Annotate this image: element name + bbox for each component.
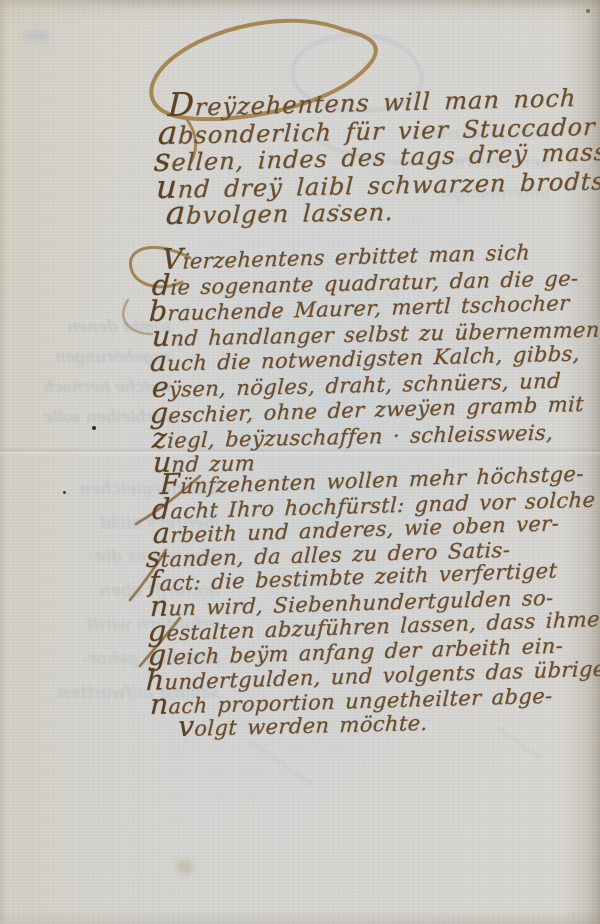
- bleedthrough-line: alss wie es die: [0, 540, 220, 574]
- manuscript-line: die sogenante quadratur, dan die ge-: [151, 259, 579, 302]
- paper-texture: [0, 0, 600, 924]
- paragraph-two-initial-flourish: [123, 247, 190, 334]
- bleedthrough-line: jederzeit gehor-: [0, 642, 220, 676]
- bleedthrough-line: notturfft eben: [0, 574, 220, 608]
- manuscript-line: arbeith und anderes, wie oben ver-: [152, 504, 559, 550]
- manuscript-line: geschier, ohne der zweÿen gramb mit: [149, 385, 585, 430]
- manuscript-line: Dreÿzehentens will man noch: [167, 76, 577, 124]
- paper-stain: [176, 860, 194, 874]
- manuscript-line: volgt werden möchte.: [177, 704, 428, 743]
- bleedthrough-flourish: [250, 35, 540, 784]
- bleedthrough-line: erfordern wirdt: [0, 608, 220, 642]
- manuscript-line: absonderlich für vier Stuccador ge-: [157, 104, 600, 152]
- paragraph-thirteen: Dreÿzehentens will man noch absonderlich…: [0, 0, 600, 924]
- manuscript-line: standen, da alles zu dero Satis-: [145, 531, 511, 574]
- manuscript-line: Vierzehentens erbittet man sich: [161, 233, 531, 276]
- faint-smudge: [24, 30, 50, 42]
- bleedthrough-line: sambt denen: [0, 312, 172, 342]
- manuscript-line: sellen, indes des tags dreÿ mass pier,: [153, 128, 600, 179]
- bleedthrough-line: herrn herrn: [300, 148, 550, 178]
- bleedthrough-line: zugehörungen: [0, 342, 172, 372]
- manuscript-line: hundertgulden, und volgents das übrige: [145, 650, 600, 698]
- initial-letter-flourish: [151, 21, 376, 162]
- ink-speck: [92, 426, 96, 430]
- manuscript-line: ziegl, beÿzuschaffen · schleissweis,: [151, 414, 554, 455]
- manuscript-line: und dreÿ laibl schwarzen brodts: [155, 159, 600, 206]
- bleedthrough-line: dem gnädigsten: [300, 118, 550, 148]
- manuscript-line: Fünfzehenten wollen mehr höchstge-: [159, 455, 584, 501]
- manuscript-line: nach proportion ungetheilter abge-: [149, 677, 553, 721]
- ink-speck: [586, 9, 590, 13]
- fold-crease: [0, 448, 600, 455]
- bleedthrough-line: sambst aufwartten: [0, 676, 220, 710]
- manuscript-page-scan: sambt denen zugehörungen welche hernach …: [0, 0, 600, 924]
- bleedthrough-line: verbleiben solle: [0, 402, 172, 432]
- paragraph-fourteen: Vierzehentens erbittet man sich die soge…: [0, 0, 600, 924]
- bleedthrough-line: mehrers nicht: [0, 506, 220, 540]
- manuscript-line: abvolgen lassen.: [165, 190, 395, 232]
- manuscript-line: auch die notwendigsten Kalch, gibbs,: [149, 334, 580, 378]
- descender-strokes: [130, 476, 200, 666]
- bleedthrough-line: unterthänigst: [300, 178, 550, 208]
- paper-tone: [0, 0, 600, 924]
- manuscript-line: und handlanger selbst zu übernemmen,: [151, 310, 600, 353]
- ink-speck: [338, 204, 341, 207]
- manuscript-line: fact: die bestimbte zeith verfertiget: [148, 551, 558, 598]
- calligraphy-flourishes: [0, 0, 600, 924]
- manuscript-line: brauchende Maurer, mertl tschocher: [148, 284, 570, 328]
- manuscript-line: nun wird, Siebenhundertgulden so-: [149, 579, 554, 623]
- manuscript-line: dacht Ihro hochfürstl: gnad vor solche: [151, 481, 596, 526]
- bleedthrough-line: welche hernach: [0, 372, 172, 402]
- bleedthrough-text-left: sambt denen zugehörungen welche hernach …: [0, 312, 172, 432]
- bleedthrough-line: und dergleichen: [0, 472, 220, 506]
- bleedthrough-text-top: dem gnädigsten herrn herrn unterthänigst: [300, 118, 550, 208]
- manuscript-line: eÿsen, nögles, draht, schnüers, und: [151, 362, 562, 404]
- ink-speck: [63, 491, 66, 494]
- paragraph-fifteen: Fünfzehenten wollen mehr höchstge- dacht…: [0, 0, 600, 924]
- manuscript-line: gestalten abzuführen lassen, dass ihme: [147, 600, 600, 648]
- manuscript-line: und zum: [152, 444, 256, 479]
- bleedthrough-text-lower-left: und dergleichen mehrers nicht alss wie e…: [0, 472, 220, 710]
- manuscript-line: gleich beÿm anfang der arbeith ein-: [147, 627, 564, 672]
